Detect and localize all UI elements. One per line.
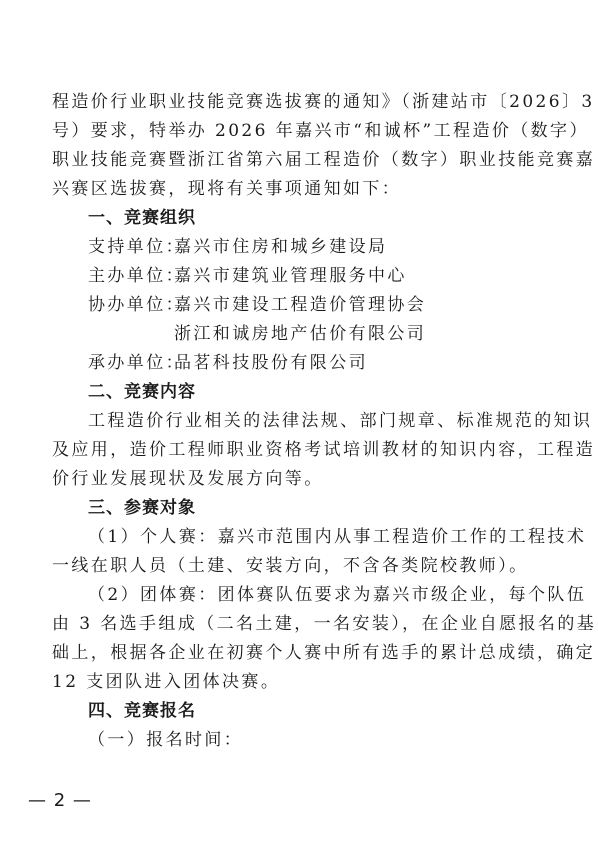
section-heading: 三、参赛对象: [52, 494, 532, 523]
org-row-support: 支持单位：嘉兴市住房和城乡建设局: [52, 233, 532, 262]
document-page: 程造价行业职业技能竞赛选拔赛的通知》（浙建站市〔2026〕3 号）要求，特举办 …: [52, 88, 532, 755]
paragraph-line: 由 3 名选手组成（二名土建，一名安装），在企业自愿报名的基: [52, 610, 532, 639]
org-value: 嘉兴市住房和城乡建设局: [174, 237, 387, 257]
paragraph-line: 工程造价行业相关的法律法规、部门规章、标准规范的知识: [52, 407, 532, 436]
section-registration: 四、竞赛报名 （一）报名时间：: [52, 697, 532, 755]
org-label: 支持单位：: [88, 233, 174, 262]
paragraph-line: 一线在职人员（土建、安装方向，不含各类院校教师）。: [52, 552, 532, 581]
org-value: 品茗科技股份有限公司: [174, 353, 368, 373]
org-row-co-host: 协办单位：嘉兴市建设工程造价管理协会: [52, 291, 532, 320]
section-competition-organization: 一、竞赛组织 支持单位：嘉兴市住房和城乡建设局 主办单位：嘉兴市建筑业管理服务中…: [52, 204, 532, 378]
section-heading: 二、竞赛内容: [52, 378, 532, 407]
org-label: 承办单位：: [88, 349, 174, 378]
section-competition-content: 二、竞赛内容 工程造价行业相关的法律法规、部门规章、标准规范的知识 及应用，造价…: [52, 378, 532, 494]
paragraph-line: （1）个人赛：嘉兴市范围内从事工程造价工作的工程技术: [52, 523, 532, 552]
paragraph-line: （一）报名时间：: [52, 726, 532, 755]
section-heading: 四、竞赛报名: [52, 697, 532, 726]
org-row-host: 主办单位：嘉兴市建筑业管理服务中心: [52, 262, 532, 291]
org-label: 协办单位：: [88, 291, 174, 320]
section-heading: 一、竞赛组织: [52, 204, 532, 233]
paragraph-line: 价行业发展现状及发展方向等。: [52, 465, 532, 494]
paragraph-line: 及应用，造价工程师职业资格考试培训教材的知识内容，工程造: [52, 436, 532, 465]
paragraph-line: 12 支团队进入团体决赛。: [52, 668, 532, 697]
intro-line: 职业技能竞赛暨浙江省第六届工程造价（数字）职业技能竞赛嘉: [52, 146, 532, 175]
section-participants: 三、参赛对象 （1）个人赛：嘉兴市范围内从事工程造价工作的工程技术 一线在职人员…: [52, 494, 532, 697]
paragraph-line: （2）团体赛：团体赛队伍要求为嘉兴市级企业，每个队伍: [52, 581, 532, 610]
intro-line: 程造价行业职业技能竞赛选拔赛的通知》（浙建站市〔2026〕3: [52, 88, 532, 117]
paragraph-line: 础上，根据各企业在初赛个人赛中所有选手的累计总成绩，确定: [52, 639, 532, 668]
org-value: 嘉兴市建设工程造价管理协会: [174, 295, 426, 315]
page-number: — 2 —: [28, 790, 92, 811]
intro-line: 兴赛区选拔赛，现将有关事项通知如下：: [52, 175, 532, 204]
intro-paragraph: 程造价行业职业技能竞赛选拔赛的通知》（浙建站市〔2026〕3 号）要求，特举办 …: [52, 88, 532, 204]
intro-line: 号）要求，特举办 2026 年嘉兴市“和诚杯”工程造价（数字）: [52, 117, 532, 146]
org-value: 浙江和诚房地产估价有限公司: [174, 324, 426, 344]
org-row-organizer: 承办单位：品茗科技股份有限公司: [52, 349, 532, 378]
org-row-co-host-continued: 浙江和诚房地产估价有限公司: [52, 320, 532, 349]
org-label: 主办单位：: [88, 262, 174, 291]
org-value: 嘉兴市建筑业管理服务中心: [174, 266, 407, 286]
